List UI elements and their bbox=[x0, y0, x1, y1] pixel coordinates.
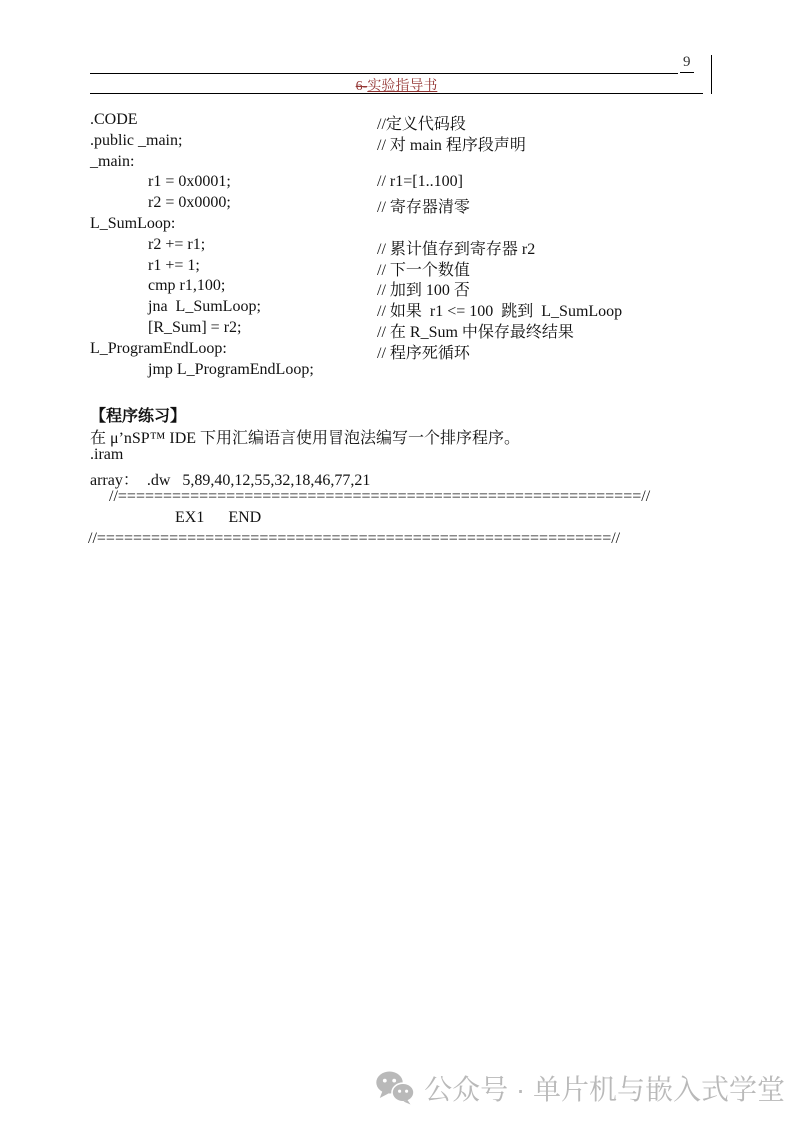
code-text: cmp r1,100; bbox=[90, 277, 377, 295]
code-comment: // r1=[1..100] bbox=[377, 173, 708, 191]
code-comment: // 加到 100 否 bbox=[377, 277, 708, 300]
code-text: r1 = 0x0001; bbox=[90, 173, 377, 191]
code-line: [R_Sum] = r2;// 在 R_Sum 中保存最终结果 bbox=[90, 319, 708, 340]
document-page: 9 6-实验指导书 .CODE//定义代码段 .public _main;// … bbox=[0, 0, 793, 1123]
code-line: r1 = 0x0001;// r1=[1..100] bbox=[90, 173, 708, 194]
code-text: L_SumLoop: bbox=[90, 215, 377, 233]
watermark: 公众号 · 单片机与嵌入式学堂 bbox=[375, 1068, 785, 1108]
code-line: .public _main;// 对 main 程序段声明 bbox=[90, 132, 708, 153]
code-text: jmp L_ProgramEndLoop; bbox=[90, 361, 377, 379]
code-text: .CODE bbox=[90, 111, 377, 129]
code-line: r2 += r1;// 累计值存到寄存器 r2 bbox=[90, 236, 708, 257]
code-text: jna L_SumLoop; bbox=[90, 298, 377, 316]
code-line: r1 += 1;// 下一个数值 bbox=[90, 257, 708, 278]
comment-divider-bottom: //======================================… bbox=[88, 530, 708, 551]
code-line: jna L_SumLoop;// 如果 r1 <= 100 跳到 L_SumLo… bbox=[90, 298, 708, 319]
code-comment: // 下一个数值 bbox=[377, 257, 708, 280]
code-line: cmp r1,100;// 加到 100 否 bbox=[90, 277, 708, 298]
code-text: [R_Sum] = r2; bbox=[90, 319, 377, 337]
code-comment: // 程序死循环 bbox=[377, 340, 708, 363]
code-listing: .CODE//定义代码段 .public _main;// 对 main 程序段… bbox=[90, 111, 708, 551]
code-comment: //定义代码段 bbox=[377, 111, 708, 134]
code-text: L_ProgramEndLoop: bbox=[90, 340, 377, 358]
code-line: L_ProgramEndLoop:// 程序死循环 bbox=[90, 340, 708, 361]
code-comment: // 在 R_Sum 中保存最终结果 bbox=[377, 319, 708, 342]
exercise-end-label: EX1 END bbox=[90, 509, 708, 530]
code-line: .CODE//定义代码段 bbox=[90, 111, 708, 132]
comment-divider-top: //======================================… bbox=[90, 488, 708, 509]
code-comment: // 寄存器清零 bbox=[377, 194, 708, 217]
code-text: _main: bbox=[90, 153, 377, 171]
code-comment: // 累计值存到寄存器 r2 bbox=[377, 236, 708, 259]
code-line: r2 = 0x0000;// 寄存器清零 bbox=[90, 194, 708, 215]
header-title-strikethrough: 6- bbox=[356, 79, 368, 94]
code-text: r2 += r1; bbox=[90, 236, 377, 254]
code-line: L_SumLoop: bbox=[90, 215, 708, 236]
exercise-section: 【程序练习】 在 μ’nSP™ IDE 下用汇编语言使用冒泡法编写一个排序程序。… bbox=[90, 403, 708, 551]
iram-directive: .iram bbox=[90, 446, 708, 467]
code-text: r1 += 1; bbox=[90, 257, 377, 275]
code-comment: // 如果 r1 <= 100 跳到 L_SumLoop bbox=[377, 298, 708, 321]
code-comment: // 对 main 程序段声明 bbox=[377, 132, 708, 155]
exercise-description: 在 μ’nSP™ IDE 下用汇编语言使用冒泡法编写一个排序程序。 bbox=[90, 425, 708, 446]
header-rule-top bbox=[90, 73, 678, 74]
code-text: r2 = 0x0000; bbox=[90, 194, 377, 212]
code-text: .public _main; bbox=[90, 132, 377, 150]
header-title-text: 实验指导书 bbox=[367, 79, 437, 94]
code-line: _main: bbox=[90, 153, 708, 174]
array-declaration: array： .dw 5,89,40,12,55,32,18,46,77,21 bbox=[90, 467, 708, 488]
watermark-text: 公众号 · 单片机与嵌入式学堂 bbox=[424, 1068, 785, 1108]
header-rule-bottom bbox=[90, 93, 703, 94]
header-title: 6-实验指导书 bbox=[0, 75, 793, 95]
page-number: 9 bbox=[680, 54, 694, 73]
code-line: jmp L_ProgramEndLoop; bbox=[90, 361, 708, 382]
exercise-heading: 【程序练习】 bbox=[90, 403, 708, 425]
wechat-icon bbox=[375, 1071, 415, 1105]
